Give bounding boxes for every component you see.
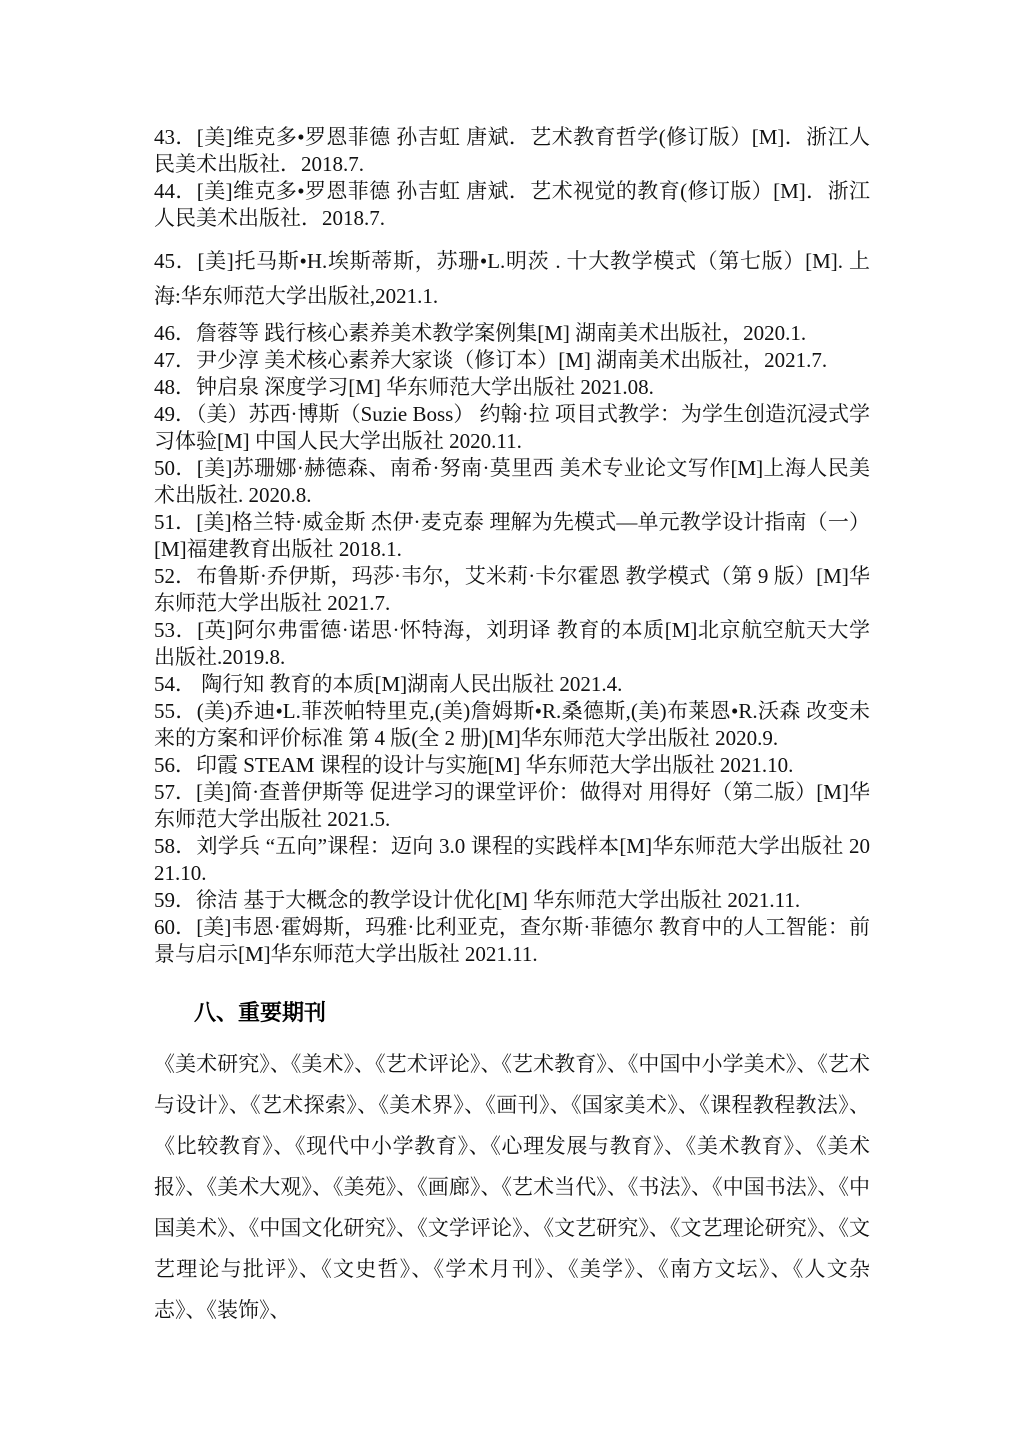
reference-item: 59．徐洁 基于大概念的教学设计优化[M] 华东师范大学出版社 2021.11. [154, 887, 870, 914]
reference-item: 55．(美)乔迪•L.菲茨帕特里克,(美)詹姆斯•R.桑德斯,(美)布莱恩•R.… [154, 698, 870, 752]
reference-item: 53．[英]阿尔弗雷德·诺思·怀特海，刘玥译 教育的本质[M]北京航空航天大学出… [154, 617, 870, 671]
reference-item: 51．[美]格兰特·威金斯 杰伊·麦克泰 理解为先模式—单元教学设计指南（一）[… [154, 509, 870, 563]
reference-item: 54． 陶行知 教育的本质[M]湖南人民出版社 2021.4. [154, 671, 870, 698]
reference-item: 46．詹蓉等 践行核心素养美术教学案例集[M] 湖南美术出版社，2020.1. [154, 320, 870, 347]
reference-item: 60．[美]韦恩·霍姆斯，玛雅·比利亚克，查尔斯·菲德尔 教育中的人工智能：前景… [154, 914, 870, 968]
reference-item: 45．[美]托马斯•H.埃斯蒂斯，苏珊•L.明茨 . 十大教学模式（第七版）[M… [154, 244, 870, 314]
reference-item: 43．[美]维克多•罗恩菲德 孙吉虹 唐斌．艺术教育哲学(修订版）[M]．浙江人… [154, 124, 870, 178]
reference-list: 43．[美]维克多•罗恩菲德 孙吉虹 唐斌．艺术教育哲学(修订版）[M]．浙江人… [154, 0, 870, 1331]
reference-item: 52．布鲁斯·乔伊斯，玛莎·韦尔，艾米莉·卡尔霍恩 教学模式（第 9 版）[M]… [154, 563, 870, 617]
reference-item: 58．刘学兵 “五向”课程：迈向 3.0 课程的实践样本[M]华东师范大学出版社… [154, 833, 870, 887]
reference-item: 47．尹少淳 美术核心素养大家谈（修订本）[M] 湖南美术出版社，2021.7. [154, 347, 870, 374]
journal-list-paragraph: 《美术研究》、《美术》、《艺术评论》、《艺术教育》、《中国中小学美术》、《艺术与… [154, 1044, 870, 1331]
reference-item: 50．[美]苏珊娜·赫德森、南希·努南·莫里西 美术专业论文写作[M]上海人民美… [154, 455, 870, 509]
reference-item: 48．钟启泉 深度学习[M] 华东师范大学出版社 2021.08. [154, 374, 870, 401]
document-page: 43．[美]维克多•罗恩菲德 孙吉虹 唐斌．艺术教育哲学(修订版）[M]．浙江人… [0, 0, 1024, 1448]
section-heading-important-journals: 八、重要期刊 [154, 1000, 870, 1026]
reference-item: 44．[美]维克多•罗恩菲德 孙吉虹 唐斌．艺术视觉的教育(修订版）[M]．浙江… [154, 178, 870, 232]
reference-item: 57．[美]简·查普伊斯等 促进学习的课堂评价：做得对 用得好（第二版）[M]华… [154, 779, 870, 833]
reference-item: 49．（美）苏西·博斯（Suzie Boss） 约翰·拉 项目式教学：为学生创造… [154, 401, 870, 455]
reference-item: 56．印霞 STEAM 课程的设计与实施[M] 华东师范大学出版社 2021.1… [154, 752, 870, 779]
